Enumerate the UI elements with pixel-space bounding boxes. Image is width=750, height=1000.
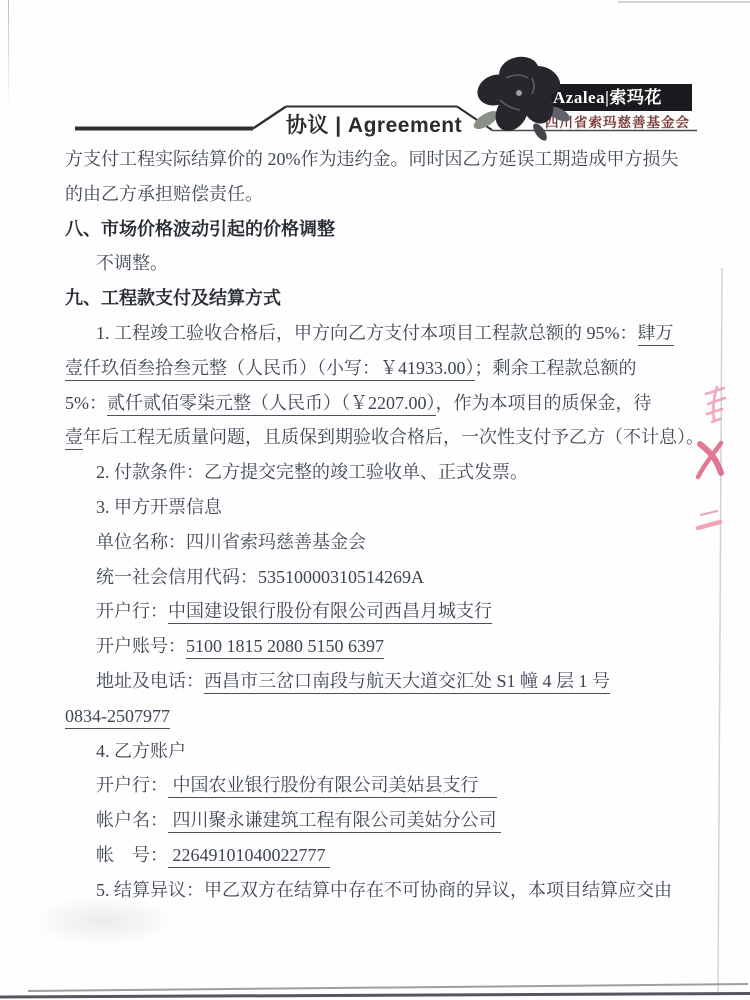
banner-rise-diagonal	[253, 107, 286, 129]
para-payment-1b-value: 壹仟玖佰叁拾叁元整（人民币）（小写：￥41933.00）	[65, 358, 475, 381]
flower-leaf-bottom	[531, 121, 550, 143]
field-company-name-text: 单位名称：四川省索玛慈善基金会	[96, 532, 366, 552]
heading-section-8: 八、市场价格波动引起的价格调整	[65, 212, 680, 247]
para-payment-1d-value: 壹	[65, 427, 83, 450]
field-credit-code-text: 统一社会信用代码：53510000310514269A	[96, 567, 424, 587]
heading-section-9: 九、工程款支付及结算方式	[65, 281, 680, 316]
agreement-document-page: 协议 | Agreement Azalea|索玛花 四川省索玛慈善基金会 方支付…	[0, 0, 750, 1000]
para-settlement-dispute-text: 5. 结算异议：甲乙双方在结算中存在不可协商的异议，本项目结算应交由	[96, 880, 672, 900]
para-breach-penalty-1-text: 方支付工程实际结算价的 20%作为违约金。同时因乙方延误工期造成甲方损失	[65, 149, 679, 169]
heading-section-8-text: 八、市场价格波动引起的价格调整	[65, 219, 335, 239]
para-no-adjustment: 不调整。	[65, 246, 680, 281]
field-party-b-account-number-value: 22649101040022777	[168, 845, 330, 868]
para-party-b-account-title: 4. 乙方账户	[65, 734, 680, 769]
scan-edge-top	[618, 1, 750, 3]
para-breach-penalty-2: 的由乙方承担赔偿责任。	[65, 177, 680, 212]
field-party-b-account-number: 帐 号： 22649101040022777	[65, 838, 680, 873]
para-payment-1b: 壹仟玖佰叁拾叁元整（人民币）（小写：￥41933.00）；剩余工程款总额的	[65, 351, 680, 386]
heading-section-9-text: 九、工程款支付及结算方式	[65, 288, 281, 308]
para-payment-1c-value: 贰仟贰佰零柒元整（人民币）（￥2207.00）	[107, 393, 436, 416]
para-payment-1a: 1. 工程竣工验收合格后，甲方向乙方支付本项目工程款总额的 95%：肆万	[65, 316, 680, 351]
scan-edge-left	[8, 0, 9, 110]
field-party-a-account: 开户账号：5100 1815 2080 5150 6397	[65, 629, 680, 664]
para-payment-1a-text: 1. 工程竣工验收合格后，甲方向乙方支付本项目工程款总额的 95%：	[96, 323, 638, 343]
scan-smudge	[28, 896, 178, 946]
field-party-b-account-name-value: 四川聚永谦建筑工程有限公司美姑分公司	[168, 810, 501, 833]
field-address-phone-2: 0834-2507977	[65, 699, 680, 734]
red-stamp-mark-2	[698, 443, 721, 477]
para-payment-condition-text: 2. 付款条件：乙方提交完整的竣工验收单、正式发票。	[96, 462, 528, 482]
page-fold-line	[718, 268, 722, 993]
azalea-flower-icon	[462, 48, 582, 143]
para-invoice-info-title-text: 3. 甲方开票信息	[96, 497, 222, 517]
para-payment-1c-text: 5%：	[65, 393, 107, 413]
red-stamp-mark-3	[698, 511, 720, 528]
para-payment-1c-text: ，作为本项目的质保金，待	[436, 393, 652, 413]
para-payment-1d: 壹年后工程无质量问题，且质保到期验收合格后，一次性支付予乙方（不计息）。	[65, 420, 680, 455]
field-party-a-account-value: 5100 1815 2080 5150 6397	[186, 636, 384, 659]
red-stamp-mark-1	[706, 387, 725, 422]
field-party-b-bank: 开户行： 中国农业银行股份有限公司美姑县支行	[65, 768, 680, 803]
field-party-b-account-number-text: 帐 号：	[96, 845, 168, 865]
field-company-name: 单位名称：四川省索玛慈善基金会	[65, 525, 680, 560]
para-payment-condition: 2. 付款条件：乙方提交完整的竣工验收单、正式发票。	[65, 455, 680, 490]
para-breach-penalty-2-text: 的由乙方承担赔偿责任。	[65, 184, 263, 204]
field-party-a-bank-value: 中国建设银行股份有限公司西昌月城支行	[168, 601, 492, 624]
flower-center	[516, 90, 522, 96]
field-party-a-bank-text: 开户行：	[96, 601, 168, 621]
field-address-phone-2-value: 0834-2507977	[65, 706, 170, 729]
field-address-phone-1-text: 地址及电话：	[96, 671, 204, 691]
para-invoice-info-title: 3. 甲方开票信息	[65, 490, 680, 525]
para-payment-1a-value: 肆万	[638, 323, 674, 346]
field-party-a-account-text: 开户账号：	[96, 636, 186, 656]
field-party-b-bank-value: 中国农业银行股份有限公司美姑县支行	[168, 775, 497, 798]
para-payment-1c: 5%：贰仟贰佰零柒元整（人民币）（￥2207.00），作为本项目的质保金，待	[65, 386, 680, 421]
field-party-b-account-name-text: 帐户名：	[96, 810, 168, 830]
bottom-edge-line-1	[28, 984, 748, 991]
field-party-b-bank-text: 开户行：	[96, 775, 168, 795]
field-credit-code: 统一社会信用代码：53510000310514269A	[65, 560, 680, 595]
field-address-phone-1: 地址及电话：西昌市三岔口南段与航天大道交汇处 S1 幢 4 层 1 号	[65, 664, 680, 699]
para-no-adjustment-text: 不调整。	[96, 253, 168, 273]
para-breach-penalty-1: 方支付工程实际结算价的 20%作为违约金。同时因乙方延误工期造成甲方损失	[65, 142, 680, 177]
para-payment-1b-text: ；剩余工程款总额的	[475, 358, 637, 378]
field-party-b-account-name: 帐户名： 四川聚永谦建筑工程有限公司美姑分公司	[65, 803, 680, 838]
para-payment-1d-text: 年后工程无质量问题，且质保到期验收合格后，一次性支付予乙方（不计息）。	[83, 427, 704, 447]
document-body: 方支付工程实际结算价的 20%作为违约金。同时因乙方延误工期造成甲方损失的由乙方…	[65, 142, 680, 908]
page-title: 协议 | Agreement	[288, 108, 460, 140]
bottom-edge-line-2	[0, 994, 750, 998]
field-address-phone-1-value: 西昌市三岔口南段与航天大道交汇处 S1 幢 4 层 1 号	[204, 671, 610, 694]
field-party-a-bank: 开户行：中国建设银行股份有限公司西昌月城支行	[65, 594, 680, 629]
para-party-b-account-title-text: 4. 乙方账户	[96, 741, 186, 761]
